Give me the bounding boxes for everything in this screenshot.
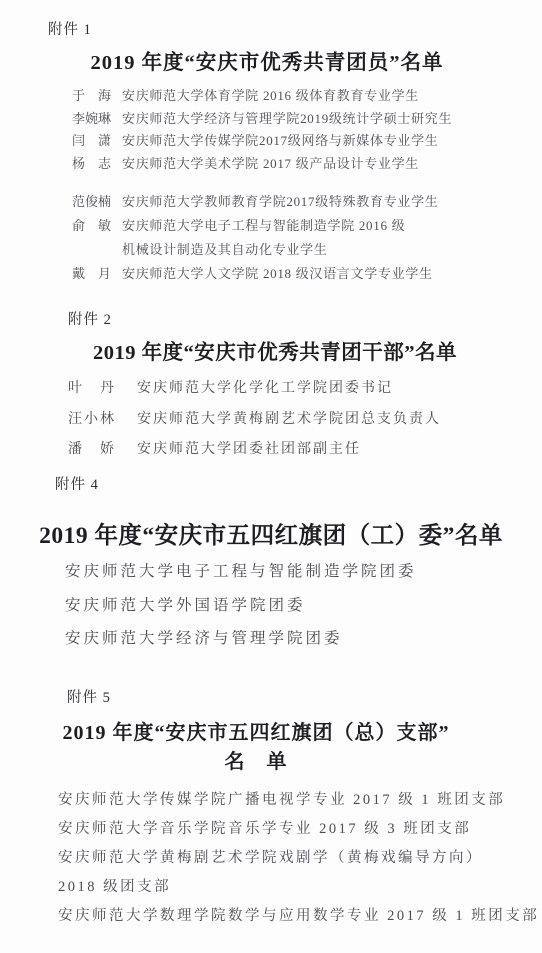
recipient-desc: 安庆师范大学教师教育学院2017级特殊教育专业学生 <box>122 190 439 214</box>
attachment5-list: 安庆师范大学传媒学院广播电视学专业 2017 级 1 班团支部 安庆师范大学音乐… <box>58 786 539 931</box>
recipient-name: 叶 丹 <box>68 374 137 405</box>
attachment4-title: 2019 年度“安庆市五四红旗团（工）委”名单 <box>0 516 542 550</box>
attachment1-group1: 于 海 安庆师范大学体育学院 2016 级体育教育专业学生 李婉琳 安庆师范大学… <box>72 85 452 175</box>
list-item: 安庆师范大学电子工程与智能制造学院团委 <box>65 555 417 589</box>
attachment4-label: 附件 4 <box>55 473 99 494</box>
list-item: 范俊楠 安庆师范大学教师教育学院2017级特殊教育专业学生 <box>72 190 452 214</box>
attachment2-title: 2019 年度“安庆市优秀共青团干部”名单 <box>8 335 542 365</box>
list-item-continuation: 2018 级团支部 <box>58 873 539 902</box>
list-item: 安庆师范大学外国语学院团委 <box>65 589 417 623</box>
recipient-name: 戴 月 <box>72 262 122 286</box>
attachment2-list: 叶 丹 安庆师范大学化学化工学院团委书记 汪小林 安庆师范大学黄梅剧艺术学院团总… <box>68 374 441 466</box>
recipient-name: 潘 娇 <box>68 435 137 466</box>
recipient-desc: 安庆师范大学人文学院 2018 级汉语言文学专业学生 <box>122 262 433 286</box>
attachment1-label: 附件 1 <box>48 18 92 39</box>
recipient-name: 于 海 <box>72 85 122 108</box>
recipient-name: 李婉琳 <box>72 108 122 131</box>
recipient-name: 范俊楠 <box>72 190 122 214</box>
attachment5-title: 2019 年度“安庆市五四红旗团（总）支部” 名 单 <box>0 719 512 776</box>
document-page: 附件 1 2019 年度“安庆市优秀共青团员”名单 于 海 安庆师范大学体育学院… <box>0 0 542 953</box>
list-item: 安庆师范大学音乐学院音乐学专业 2017 级 3 班团支部 <box>58 815 539 844</box>
attachment2-label: 附件 2 <box>68 308 112 329</box>
attachment4-list: 安庆师范大学电子工程与智能制造学院团委 安庆师范大学外国语学院团委 安庆师范大学… <box>65 555 417 656</box>
attachment5-title-line1: 2019 年度“安庆市五四红旗团（总）支部” <box>63 722 450 744</box>
list-item: 俞 敏 安庆师范大学电子工程与智能制造学院 2016 级机械设计制造及其自动化专… <box>72 214 452 262</box>
recipient-desc: 安庆师范大学化学化工学院团委书记 <box>137 374 393 405</box>
list-item: 杨 志 安庆师范大学美术学院 2017 级产品设计专业学生 <box>72 153 452 176</box>
list-item: 叶 丹 安庆师范大学化学化工学院团委书记 <box>68 374 441 405</box>
list-item: 安庆师范大学黄梅剧艺术学院戏剧学（黄梅戏编导方向） <box>58 844 539 873</box>
list-item: 闫 潇 安庆师范大学传媒学院2017级网络与新媒体专业学生 <box>72 130 452 153</box>
recipient-desc: 安庆师范大学团委社团部副主任 <box>137 435 361 466</box>
recipient-name: 俞 敏 <box>72 214 122 262</box>
list-item: 安庆师范大学传媒学院广播电视学专业 2017 级 1 班团支部 <box>58 786 539 815</box>
recipient-desc: 安庆师范大学黄梅剧艺术学院团总支负责人 <box>137 405 441 436</box>
attachment5-label: 附件 5 <box>67 686 111 707</box>
attachment1-title: 2019 年度“安庆市优秀共青团员”名单 <box>0 45 534 75</box>
list-item: 于 海 安庆师范大学体育学院 2016 级体育教育专业学生 <box>72 85 452 108</box>
recipient-desc: 安庆师范大学经济与管理学院2019级统计学硕士研究生 <box>122 108 452 131</box>
recipient-desc-line2: 机械设计制造及其自动化专业学生 <box>122 242 328 257</box>
recipient-desc-line1: 安庆师范大学电子工程与智能制造学院 2016 级 <box>122 218 405 233</box>
recipient-desc: 安庆师范大学美术学院 2017 级产品设计专业学生 <box>122 153 419 176</box>
recipient-name: 汪小林 <box>68 405 137 436</box>
list-item: 潘 娇 安庆师范大学团委社团部副主任 <box>68 435 441 466</box>
list-item: 李婉琳 安庆师范大学经济与管理学院2019级统计学硕士研究生 <box>72 108 452 131</box>
list-item: 戴 月 安庆师范大学人文学院 2018 级汉语言文学专业学生 <box>72 262 452 286</box>
recipient-desc: 安庆师范大学体育学院 2016 级体育教育专业学生 <box>122 85 419 108</box>
list-item: 安庆师范大学数理学院数学与应用数学专业 2017 级 1 班团支部 <box>58 902 539 931</box>
recipient-desc: 安庆师范大学传媒学院2017级网络与新媒体专业学生 <box>122 130 439 153</box>
recipient-name: 闫 潇 <box>72 130 122 153</box>
attachment5-title-line2: 名 单 <box>225 751 288 773</box>
recipient-name: 杨 志 <box>72 153 122 176</box>
list-item: 汪小林 安庆师范大学黄梅剧艺术学院团总支负责人 <box>68 405 441 436</box>
recipient-desc: 安庆师范大学电子工程与智能制造学院 2016 级机械设计制造及其自动化专业学生 <box>122 214 405 262</box>
attachment1-group2: 范俊楠 安庆师范大学教师教育学院2017级特殊教育专业学生 俞 敏 安庆师范大学… <box>72 190 452 286</box>
attachment1-list: 于 海 安庆师范大学体育学院 2016 级体育教育专业学生 李婉琳 安庆师范大学… <box>72 85 452 286</box>
list-item: 安庆师范大学经济与管理学院团委 <box>65 622 417 656</box>
